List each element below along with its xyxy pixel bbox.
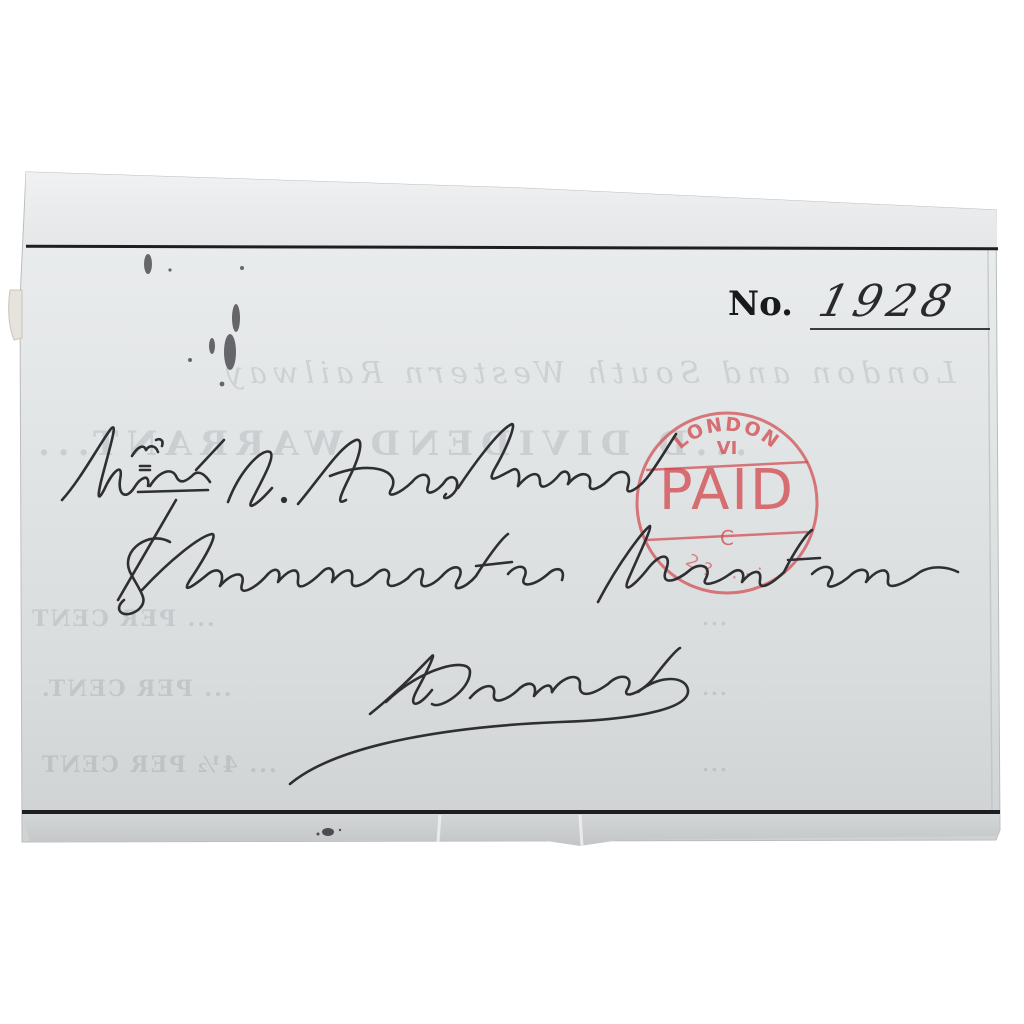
address-line-county: Dorset (370, 648, 519, 699)
address-line-town: Sturminster Newton (120, 530, 577, 581)
handwriting-strokes (0, 0, 1024, 1024)
address-line-name: Mrs A. Dashwood (60, 430, 454, 481)
photo-stage: London and South Western Railway ...D DI… (0, 0, 1024, 1024)
